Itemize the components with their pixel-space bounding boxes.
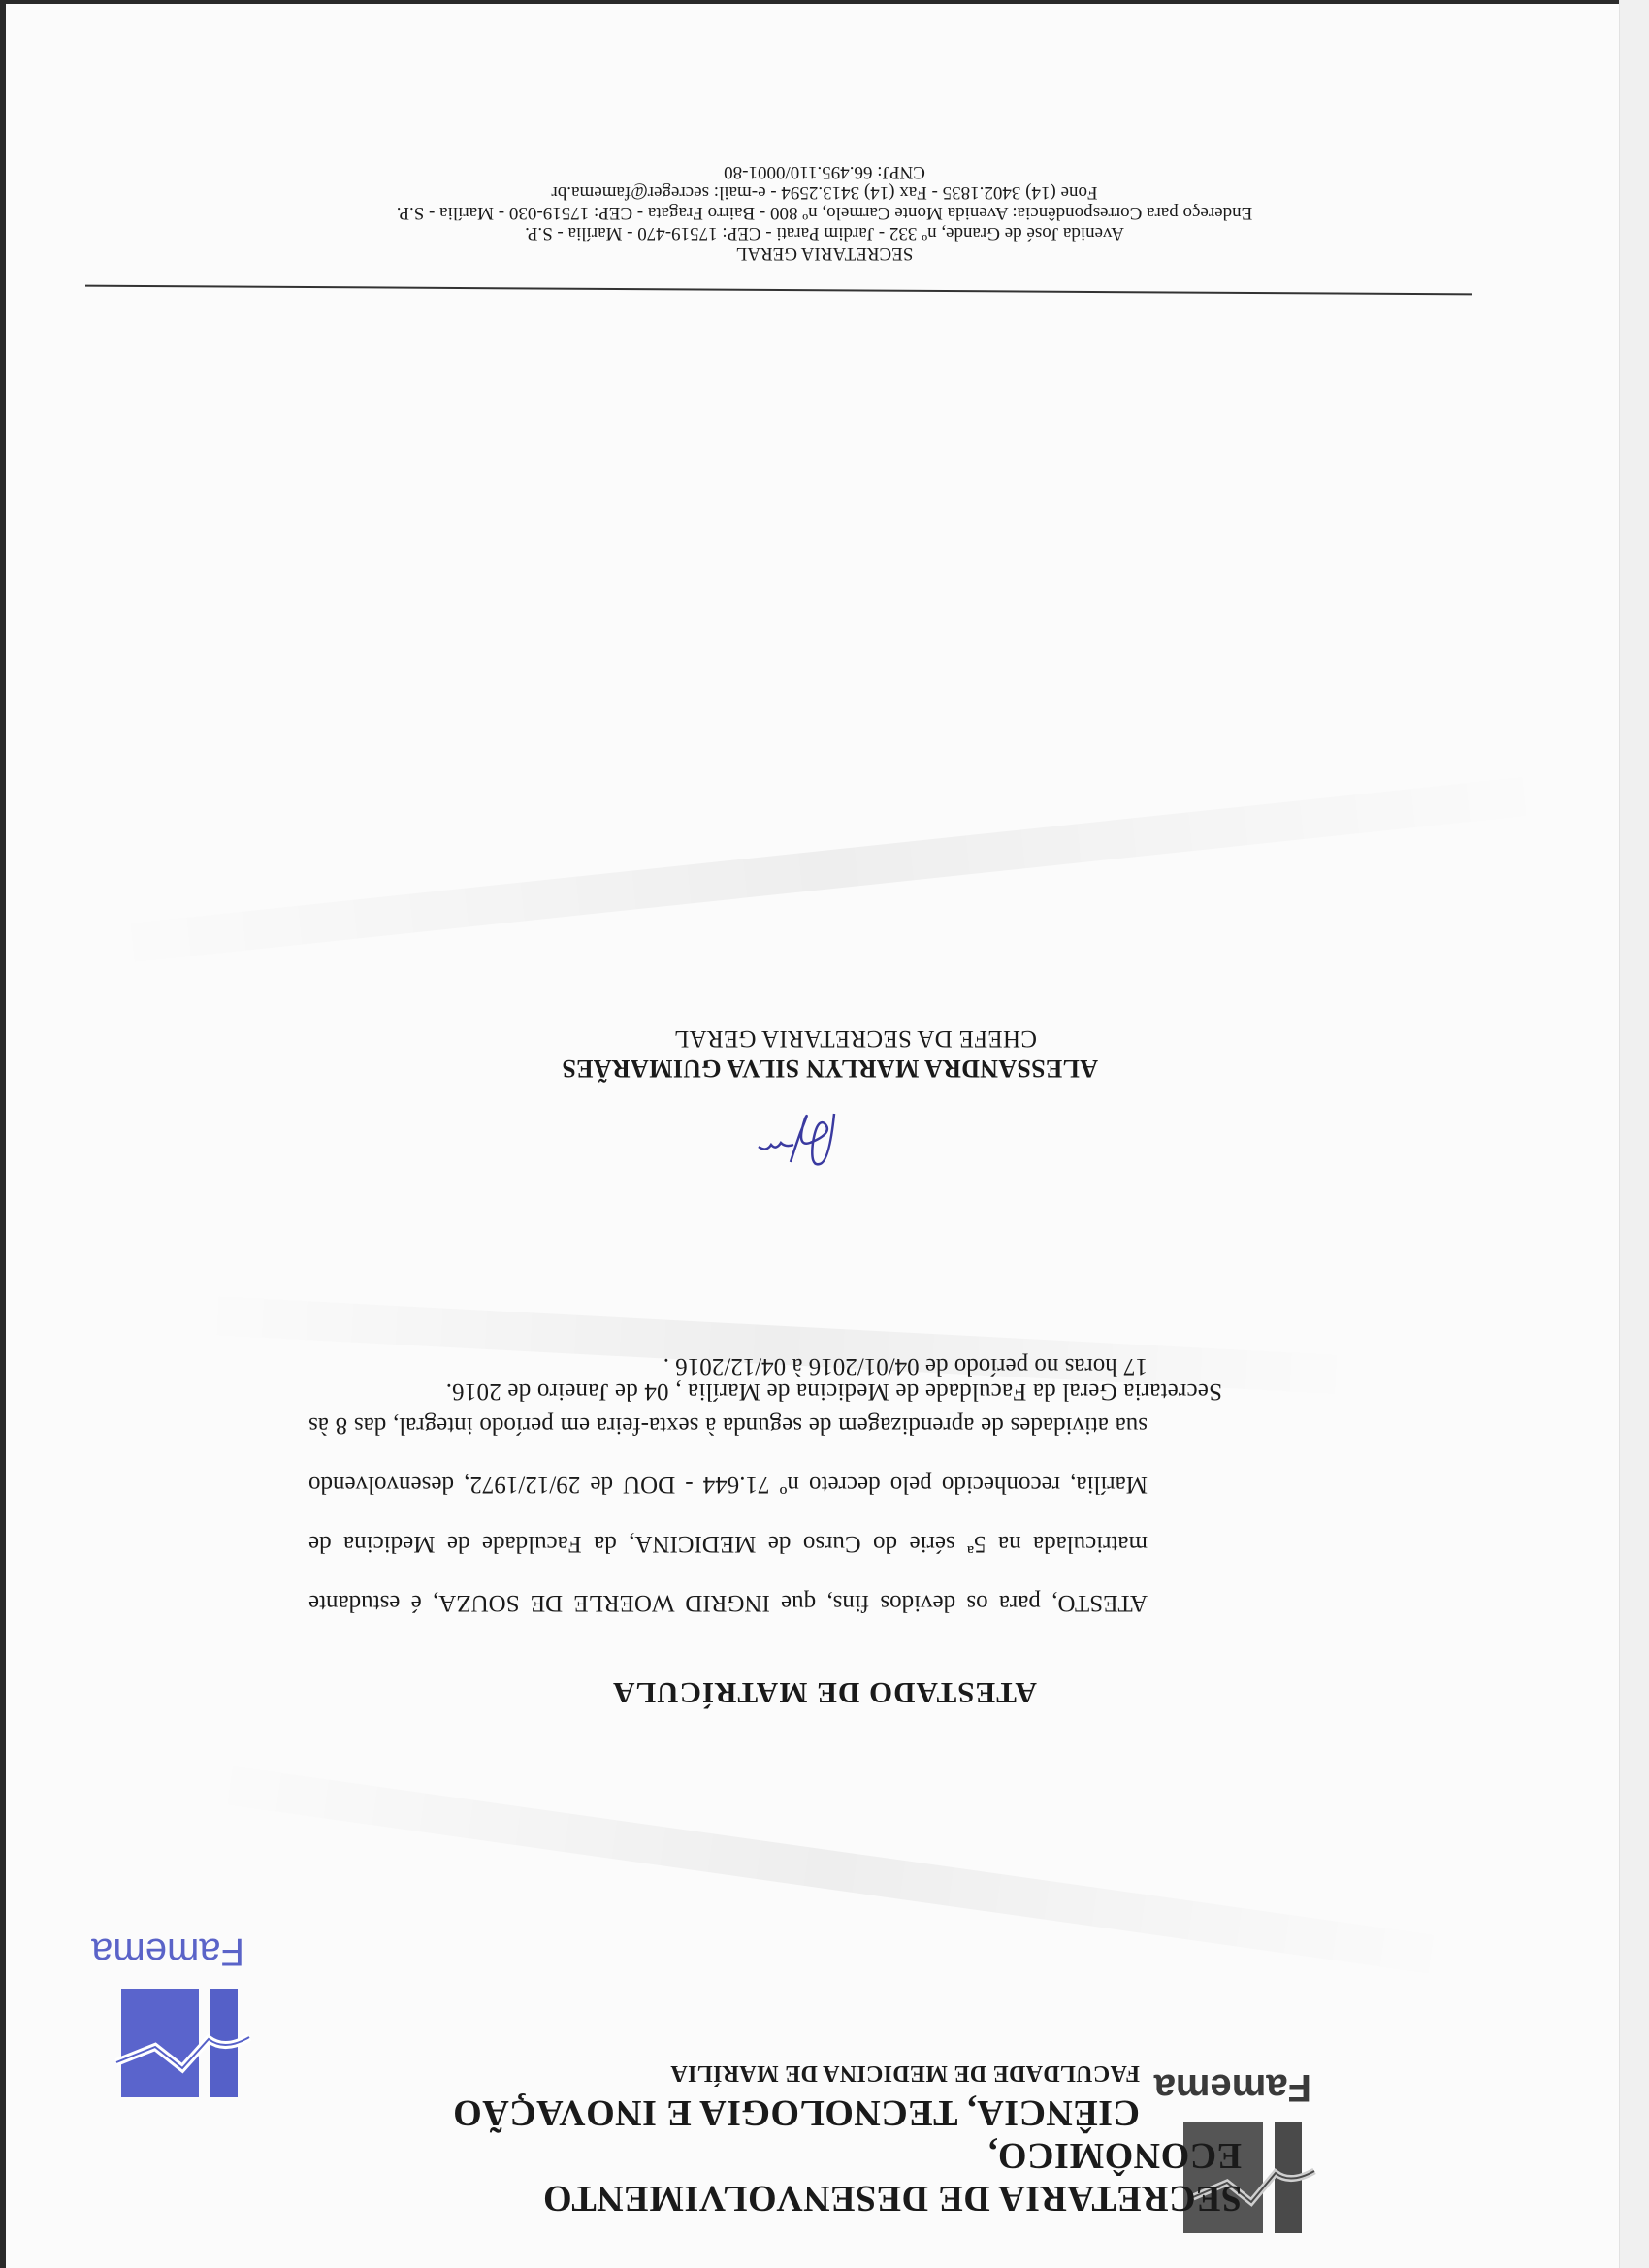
paper-crease <box>103 774 1554 965</box>
handwritten-signature-icon <box>747 1104 863 1172</box>
footer-correspondence: Endereço para Correspondência: Avenida M… <box>0 203 1649 223</box>
header-line-1: SECRETARIA DE DESENVOLVIMENTO ECONÔMICO, <box>349 2134 1280 2219</box>
institution-header: SECRETARIA DE DESENVOLVIMENTO ECONÔMICO,… <box>349 2059 1280 2219</box>
place-and-date: Secretaria Geral da Faculdade de Medicin… <box>446 1377 1223 1405</box>
header-line-3: FACULDADE DE MEDICINA DE MARÍLIA <box>349 2059 1280 2086</box>
logo-text: Famema <box>91 1929 244 1973</box>
footer-contact: Fone (14) 3402.1835 - Fax (14) 3413.2594… <box>0 182 1649 203</box>
footer-department: SECRETARIA GERAL <box>0 243 1649 264</box>
document-title: ATESTADO DE MATRÍCULA <box>0 1675 1649 1710</box>
footer: SECRETARIA GERAL Avenida José de Grande,… <box>0 162 1649 264</box>
signer-name: ALESSANDRA MARLYN SILVA GUIMARÃES <box>562 1053 1098 1083</box>
famema-logo-right: Famema <box>107 1921 252 2105</box>
footer-cnpj: CNPJ: 66.495.110/0001-80 <box>0 162 1649 182</box>
paper-crease <box>204 1763 1458 1977</box>
famema-logo-icon <box>107 1979 252 2105</box>
header-line-2: CIÊNCIA, TECNOLOGIA E INOVAÇÃO <box>349 2091 1280 2134</box>
footer-address: Avenida José de Grande, nº 332 - Jardim … <box>0 223 1649 243</box>
footer-divider <box>85 285 1472 296</box>
signer-role: CHEFE DA SECRETARIA GERAL <box>674 1024 1037 1052</box>
document-page: Famema SECRETARIA DE DESENVOLVIMENTO ECO… <box>0 0 1649 2268</box>
